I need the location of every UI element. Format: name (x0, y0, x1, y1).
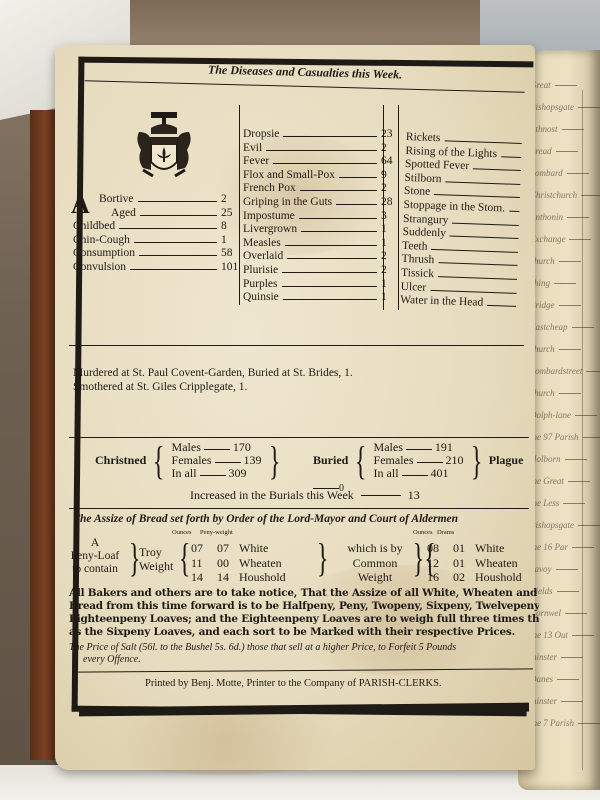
facing-page-line: Lombardstreet (530, 366, 596, 376)
common-weights: 0801White1201Wheaten1602Houshold (427, 541, 522, 585)
disease-name: Griping in the Guts (243, 196, 332, 210)
increase-value: 13 (408, 488, 420, 502)
troy-label: Troy Weight (139, 545, 173, 573)
facing-page-line: Exchange (530, 234, 596, 244)
bread-weight-row: 1100Wheaten (191, 556, 286, 571)
brace: { (153, 442, 165, 480)
facing-page-line: Christchurch (530, 190, 596, 200)
disease-row: Quinsie1 (243, 291, 403, 305)
disease-row: Aged25 (73, 207, 243, 221)
disease-row: Livergrown1 (243, 223, 403, 237)
facing-page-line: Fields (530, 586, 596, 596)
facing-page-line: the 97 Parish (530, 432, 596, 442)
disease-name: Flox and Small-Pox (243, 169, 335, 183)
disease-row: Griping in the Guts28 (243, 196, 403, 210)
disease-name: Teeth (402, 240, 428, 254)
disease-row: Bortive2 (73, 193, 243, 207)
disease-count: 58 (221, 247, 243, 261)
facing-page-line: church (530, 344, 596, 354)
disease-count: 25 (221, 207, 243, 221)
disease-name: Evil (243, 142, 262, 156)
disease-count: 23 (381, 128, 403, 142)
section-rule (69, 437, 529, 438)
disease-count: 8 (221, 220, 243, 234)
brace: { (179, 539, 191, 577)
disease-name: Plurisie (243, 264, 278, 278)
disease-count: 1 (221, 234, 243, 248)
facing-page-line: Lombard (530, 168, 596, 178)
disease-name: French Pox (243, 182, 296, 196)
facing-page-line: Dolph-lane (530, 410, 596, 420)
disease-count: 2 (381, 264, 403, 278)
facing-page-line: the Great (530, 476, 596, 486)
facing-page-line: Bishopsgate (530, 102, 596, 112)
disease-count: 2 (381, 142, 403, 156)
facing-page-line: Cornwel (530, 608, 596, 618)
bakers-notice-line: All Bakers and others are to take notice… (69, 587, 539, 600)
bakers-notice-line: Bread from this time forward is to be Ha… (69, 600, 539, 613)
bread-weight-row: 0801White (427, 541, 522, 556)
bread-weight-row: 1414Houshold (191, 570, 286, 585)
disease-name: Livergrown (243, 223, 297, 237)
brace: } (268, 442, 280, 480)
common-label: which is by Common Weight (335, 541, 415, 585)
facing-page-line: the 13 Out (530, 630, 596, 640)
disease-name: Dropsie (243, 128, 279, 142)
christened-label: Christned (95, 453, 146, 467)
buried-total: 401 (431, 467, 449, 480)
disease-count: 1 (381, 237, 403, 251)
disease-name: Thrush (401, 253, 434, 268)
christened-total: 309 (229, 467, 247, 480)
drop-cap: A (71, 194, 90, 216)
disease-row: Measles1 (243, 237, 403, 251)
facing-page-line: Eastcheap (530, 322, 596, 332)
disease-name: Stone (404, 185, 431, 199)
facing-page-line: Athnost (530, 124, 596, 134)
disease-row: Plurisie2 (243, 264, 403, 278)
disease-row: Impostume3 (243, 210, 403, 224)
disease-name: Measles (243, 237, 281, 251)
disease-name: Ulcer (400, 280, 426, 294)
disease-row: Overlaid2 (243, 250, 403, 264)
disease-row: Fever64 (243, 155, 403, 169)
disease-row: Chin-Cough1 (73, 234, 243, 248)
disease-column-1: A Bortive2Aged25Childbed8Chin-Cough1Cons… (73, 193, 243, 275)
disease-row: Dropsie23 (243, 128, 403, 142)
disease-count: 28 (381, 196, 403, 210)
buried-label: Buried (313, 453, 348, 467)
bakers-notice-line: Eighteenpeny Loaves; and the Eighteenpen… (69, 613, 539, 626)
facing-page-line: ching (530, 278, 596, 288)
facing-page-line: Bread (530, 146, 596, 156)
bread-weight-row: 1201Wheaten (427, 556, 522, 571)
bakers-notice-line: as the Sixpeny Loaves, and each sort to … (69, 626, 539, 639)
burial-increase: Increased in the Burials this Week 13 (190, 488, 420, 503)
buried-block: Buried { Males191 Females210 In all401 }… (313, 441, 535, 495)
printer-imprint: Printed by Benj. Motte, Printer to the C… (145, 678, 442, 689)
disease-row: Flox and Small-Pox9 (243, 169, 403, 183)
bread-weight-row: 0707White (191, 541, 286, 556)
casualty-line: Murdered at St. Paul Covent-Garden, Buri… (73, 367, 353, 379)
facing-page-line: the Less (530, 498, 596, 508)
section-rule (69, 345, 524, 346)
disease-name: Water in the Head (400, 294, 483, 310)
disease-count: 2 (381, 250, 403, 264)
disease-count: 3 (381, 210, 403, 224)
disease-row: Childbed8 (73, 220, 243, 234)
disease-row: French Pox2 (243, 182, 403, 196)
facing-page-line: the 7 Parish (530, 718, 596, 728)
facing-page-line: church (530, 256, 596, 266)
disease-row: Consumption58 (73, 247, 243, 261)
bill-of-mortality-page: The Diseases and Casualties this Week. A… (55, 45, 535, 770)
disease-column-2: Dropsie23Evil2Fever64Flox and Small-Pox9… (243, 128, 403, 305)
disease-row: Evil2 (243, 142, 403, 156)
disease-name: Overlaid (243, 250, 283, 264)
salt-price-line: every Offence. (83, 654, 141, 666)
disease-name: Childbed (73, 220, 115, 234)
disease-name: Convulsion (73, 261, 126, 275)
disease-row: Purples1 (243, 278, 403, 292)
bread-weight-row: 1602Houshold (427, 570, 522, 585)
facing-page-line: church (530, 388, 596, 398)
troy-weights: 0707White1100Wheaten1414Houshold (191, 541, 286, 585)
facing-page-line: minster (530, 652, 596, 662)
facing-page-line: Holborn (530, 454, 596, 464)
section-rule (69, 508, 529, 509)
disease-count: 9 (381, 169, 403, 183)
facing-page-line: minster (530, 696, 596, 706)
disease-count: 101 (221, 261, 243, 275)
disease-count: 1 (381, 223, 403, 237)
disease-count: 64 (381, 155, 403, 169)
brace: { (355, 442, 367, 480)
salt-price-line: The Price of Salt (56l. to the Bushel 5s… (69, 642, 456, 654)
disease-name: Quinsie (243, 291, 279, 305)
disease-name: Chin-Cough (73, 234, 130, 248)
facing-page-line: Great (530, 80, 596, 90)
disease-name: Stilborn (404, 172, 442, 187)
disease-count: 2 (381, 182, 403, 196)
christened-block: Christned { Males170 Females139 In all30… (95, 441, 284, 480)
disease-name: Impostume (243, 210, 295, 224)
disease-name: Fever (243, 155, 269, 169)
disease-count: 2 (221, 193, 243, 207)
casualty-line: Smothered at St. Giles Cripplegate, 1. (73, 381, 247, 393)
coat-of-arms-icon (133, 110, 195, 190)
brace: } (317, 539, 329, 577)
disease-name: Tissick (401, 267, 434, 282)
disease-column-3: RicketsRising of the LightsSpotted Fever… (400, 131, 526, 312)
buried-figures: Males191 Females210 In all401 (374, 441, 464, 480)
loaf-label: A Peny-Loaf to contain (65, 537, 125, 576)
facing-page-line: the 16 Par (530, 542, 596, 552)
disease-row: Convulsion101 (73, 261, 243, 275)
disease-name: Rickets (406, 131, 441, 146)
facing-page-line: Bishopsgate (530, 520, 596, 530)
christened-figures: Males170 Females139 In all309 (172, 441, 262, 480)
facing-page-line: Danes (530, 674, 596, 684)
brace: } (470, 442, 482, 480)
facing-page-line: Anthonin (530, 212, 596, 222)
facing-page-line: Bridge (530, 300, 596, 310)
disease-name: Purples (243, 278, 278, 292)
assize-title: The Assize of Bread set forth by Order o… (73, 513, 458, 525)
disease-name: Consumption (73, 247, 135, 261)
plague-label: Plague (489, 453, 524, 467)
facing-page-line: Savoy (530, 564, 596, 574)
